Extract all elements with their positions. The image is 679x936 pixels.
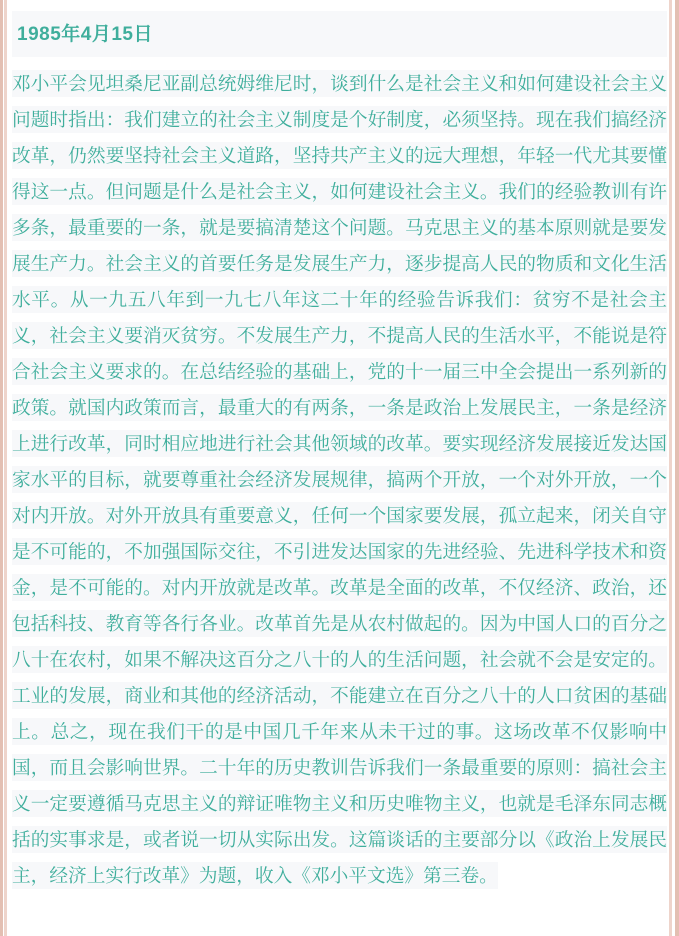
page-border-right-inner [669, 0, 672, 936]
page-border-left-inner [4, 0, 7, 936]
page-border-right-outer [675, 0, 679, 936]
document-page: 1985年4月15日 邓小平会见坦桑尼亚副总统姆维尼时，谈到什么是社会主义和如何… [0, 0, 679, 936]
article-text: 邓小平会见坦桑尼亚副总统姆维尼时，谈到什么是社会主义和如何建设社会主义问题时指出… [12, 70, 667, 889]
date-text: 1985年4月15日 [17, 24, 153, 45]
content-area: 1985年4月15日 邓小平会见坦桑尼亚副总统姆维尼时，谈到什么是社会主义和如何… [12, 0, 667, 894]
article-paragraph: 邓小平会见坦桑尼亚副总统姆维尼时，谈到什么是社会主义和如何建设社会主义问题时指出… [12, 66, 667, 894]
date-header: 1985年4月15日 [12, 11, 667, 57]
page-border-left-outer [0, 0, 3, 936]
